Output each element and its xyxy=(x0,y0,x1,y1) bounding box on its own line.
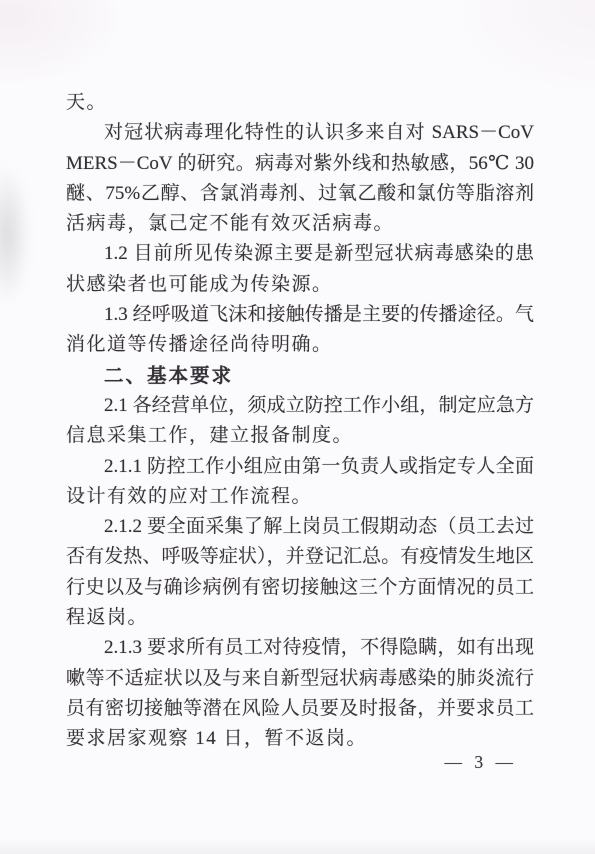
text-line: 信息采集工作，建立报备制度。 xyxy=(66,421,534,451)
text-line: 设计有效的应对工作流程。 xyxy=(66,482,534,512)
section-heading: 二、基本要求 xyxy=(66,361,534,391)
text-line: 2.1 各经营单位，须成立防控工作小组，制定应急方案，做好 xyxy=(66,391,534,421)
text-line: MERS－CoV 的研究。病毒对紫外线和热敏感，56℃ 30 分钟、乙 xyxy=(66,149,534,179)
text-line: 2.1.1 防控工作小组应由第一负责人或指定专人全面负责， xyxy=(66,452,534,482)
text-line: 对冠状病毒理化特性的认识多来自对 SARS－CoV 和 xyxy=(66,118,534,148)
text-line: 嗽等不适症状以及与来自新型冠状病毒感染的肺炎流行地区的人 xyxy=(66,664,534,694)
text-line: 2.1.3 要求所有员工对待疫情，不得隐瞒，如有出现发热、咳 xyxy=(66,633,534,663)
scanned-document-page: 天。对冠状病毒理化特性的认识多来自对 SARS－CoV 和MERS－CoV 的研… xyxy=(0,0,595,854)
text-line: 1.3 经呼吸道飞沫和接触传播是主要的传播途径。气溶胶和 xyxy=(66,300,534,330)
text-line: 程返岗。 xyxy=(66,603,534,633)
text-line: 行史以及与确诊病例有密切接触这三个方面情况的员工暂不应返 xyxy=(66,573,534,603)
text-line: 员有密切接触等潜在风险人员要及时报备，并要求员工应当按照 xyxy=(66,694,534,724)
text-line: 状感染者也可能成为传染源。 xyxy=(66,270,534,300)
page-number: — 3 — xyxy=(445,752,518,773)
scan-smudge-artifact xyxy=(0,165,30,305)
text-line: 1.2 目前所见传染源主要是新型冠状病毒感染的患者。无症 xyxy=(66,239,534,269)
text-line: 否有发热、呼吸等症状），并登记汇总。有疫情发生地区生活史、旅 xyxy=(66,542,534,572)
text-line: 活病毒，氯己定不能有效灭活病毒。 xyxy=(66,209,534,239)
text-line: 醚、75%乙醇、含氯消毒剂、过氧乙酸和氯仿等脂溶剂均可有效灭 xyxy=(66,179,534,209)
text-line: 消化道等传播途径尚待明确。 xyxy=(66,330,534,360)
text-line: 要求居家观察 14 日，暂不返岗。 xyxy=(66,724,534,754)
text-line: 2.1.2 要全面采集了解上岗员工假期动态（员工去过哪里、是 xyxy=(66,512,534,542)
text-line: 天。 xyxy=(66,88,534,118)
scan-edge-shadow xyxy=(0,838,595,854)
document-body: 天。对冠状病毒理化特性的认识多来自对 SARS－CoV 和MERS－CoV 的研… xyxy=(66,88,534,755)
